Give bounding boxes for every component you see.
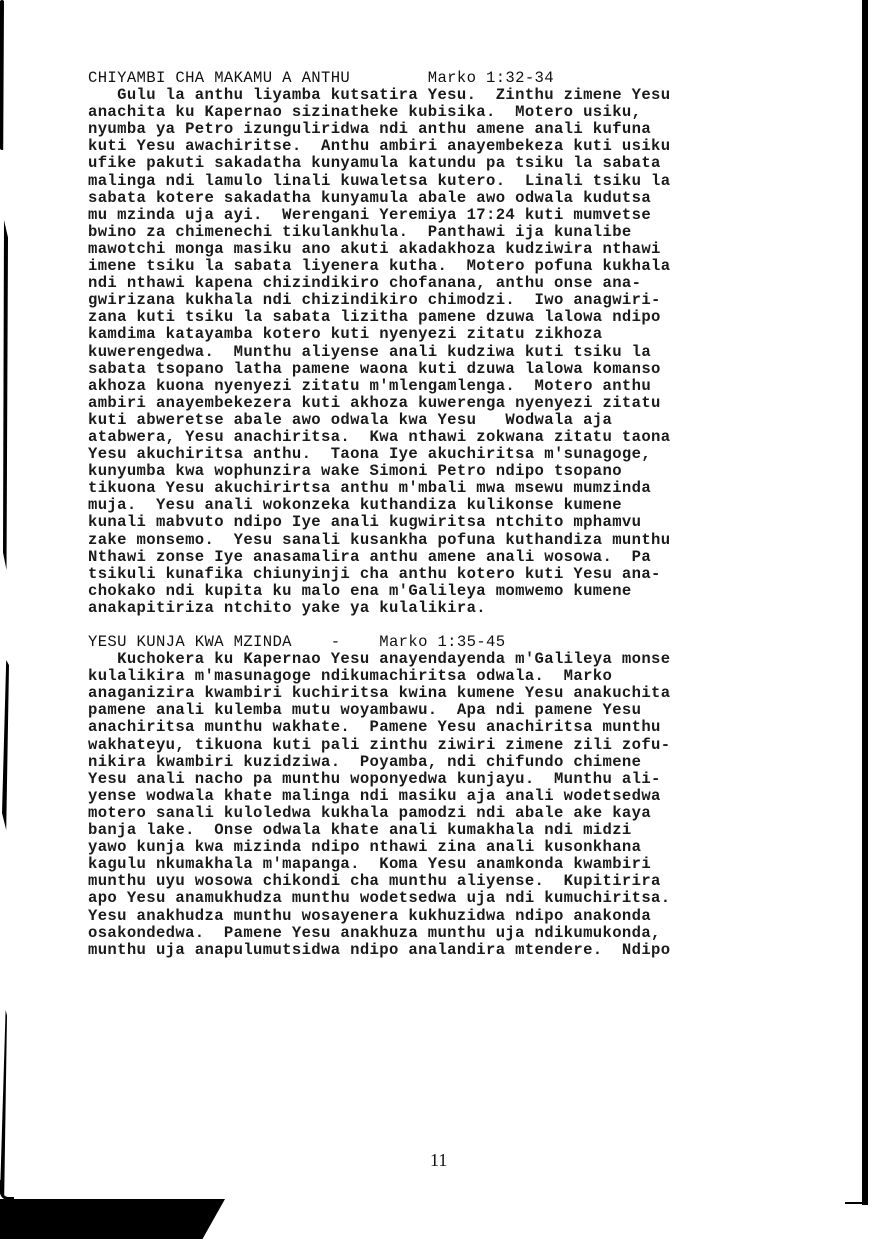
- text-line: yense wodwala khate malinga ndi masiku a…: [88, 788, 818, 805]
- text-line: sabata tsopano latha pamene waona kuti d…: [88, 361, 818, 378]
- text-line: Kuchokera ku Kapernao Yesu anayendayenda…: [88, 651, 818, 668]
- text-line: yawo kunja kwa mizinda ndipo nthawi zina…: [88, 839, 818, 856]
- scan-right-border-foot: [845, 1202, 867, 1204]
- text-line: motero sanali kuloledwa kukhala pamodzi …: [88, 805, 818, 822]
- section-chiyambi: CHIYAMBI CHA MAKAMU A ANTHU Marko 1:32-3…: [88, 70, 818, 617]
- scan-bottom-shadow: [0, 1199, 225, 1239]
- text-line: ufike pakuti sakadatha kunyamula katundu…: [88, 155, 818, 172]
- text-line: munthu uyu wosowa chikondi cha munthu al…: [88, 873, 818, 890]
- section-heading: YESU KUNJA KWA MZINDA - Marko 1:35-45: [88, 634, 818, 651]
- text-line: Yesu anali nacho pa munthu woponyedwa ku…: [88, 771, 818, 788]
- text-line: kunali mabvuto ndipo Iye anali kugwirits…: [88, 514, 818, 531]
- scan-edge-mark: [0, 0, 4, 150]
- text-line: anachiritsa munthu wakhate. Pamene Yesu …: [88, 719, 818, 736]
- text-line: malinga ndi lamulo linali kuwaletsa kute…: [88, 173, 818, 190]
- text-line: nyumba ya Petro izunguliridwa ndi anthu …: [88, 121, 818, 138]
- text-line: anakapitiriza ntchito yake ya kulalikira…: [88, 600, 818, 617]
- text-line: zana kuti tsiku la sabata lizitha pamene…: [88, 309, 818, 326]
- text-line: tsikuli kunafika chiunyinji cha anthu ko…: [88, 566, 818, 583]
- text-line: kuti Yesu awachiritse. Anthu ambiri anay…: [88, 138, 818, 155]
- text-line: Nthawi zonse Iye anasamalira anthu amene…: [88, 549, 818, 566]
- scan-right-border: [862, 0, 868, 1205]
- text-line: muja. Yesu anali wokonzeka kuthandiza ku…: [88, 497, 818, 514]
- section-paragraph: Kuchokera ku Kapernao Yesu anayendayenda…: [88, 651, 818, 959]
- text-line: ndi nthawi kapena chizindikiro chofanana…: [88, 275, 818, 292]
- section-gap: [88, 617, 818, 634]
- text-line: pamene anali kulemba mutu woyambawu. Apa…: [88, 702, 818, 719]
- text-line: bwino za chimenechi tikulankhula. Pantha…: [88, 224, 818, 241]
- page-corner: [0, 1180, 14, 1200]
- text-line: imene tsiku la sabata liyenera kutha. Mo…: [88, 258, 818, 275]
- text-line: anachita ku Kapernao sizinatheke kubisik…: [88, 104, 818, 121]
- text-line: zake monsemo. Yesu sanali kusankha pofun…: [88, 532, 818, 549]
- text-line: kunyumba kwa wophunzira wake Simoni Petr…: [88, 463, 818, 480]
- text-line: kagulu nkumakhala m'mapanga. Koma Yesu a…: [88, 856, 818, 873]
- text-line: Gulu la anthu liyamba kutsatira Yesu. Zi…: [88, 87, 818, 104]
- text-line: wakhateyu, tikuona kuti pali zinthu ziwi…: [88, 737, 818, 754]
- text-line: Yesu akuchiritsa anthu. Taona Iye akuchi…: [88, 446, 818, 463]
- page-number: 11: [430, 1150, 447, 1171]
- text-line: munthu uja anapulumutsidwa ndipo analand…: [88, 942, 818, 959]
- text-line: gwirizana kukhala ndi chizindikiro chimo…: [88, 292, 818, 309]
- text-line: kuwerengedwa. Munthu aliyense anali kudz…: [88, 344, 818, 361]
- text-line: kamdima katayamba kotero kuti nyenyezi z…: [88, 326, 818, 343]
- text-line: kuti abweretse abale awo odwala kwa Yesu…: [88, 412, 818, 429]
- section-heading: CHIYAMBI CHA MAKAMU A ANTHU Marko 1:32-3…: [88, 70, 818, 87]
- text-line: mu mzinda uja ayi. Werengani Yeremiya 17…: [88, 207, 818, 224]
- scanned-page: CHIYAMBI CHA MAKAMU A ANTHU Marko 1:32-3…: [0, 0, 872, 1239]
- text-line: atabwera, Yesu anachiritsa. Kwa nthawi z…: [88, 429, 818, 446]
- text-line: apo Yesu anamukhudza munthu wodetsedwa u…: [88, 890, 818, 907]
- text-line: osakondedwa. Pamene Yesu anakhuza munthu…: [88, 925, 818, 942]
- scan-edge-mark: [0, 1010, 7, 1195]
- text-line: Yesu anakhudza munthu wosayenera kukhuzi…: [88, 908, 818, 925]
- text-line: sabata kotere sakadatha kunyamula abale …: [88, 190, 818, 207]
- text-line: kulalikira m'masunagoge ndikumachiritsa …: [88, 668, 818, 685]
- text-line: akhoza kuona nyenyezi zitatu m'mlengamle…: [88, 378, 818, 395]
- text-line: ambiri anayembekezera kuti akhoza kuwere…: [88, 395, 818, 412]
- scan-edge-mark: [2, 660, 9, 830]
- scan-edge-mark: [3, 220, 8, 570]
- text-line: chokako ndi kupita ku malo ena m'Galiley…: [88, 583, 818, 600]
- text-line: nikira kwambiri kuzidziwa. Poyamba, ndi …: [88, 754, 818, 771]
- section-paragraph: Gulu la anthu liyamba kutsatira Yesu. Zi…: [88, 87, 818, 617]
- text-line: anaganizira kwambiri kuchiritsa kwina ku…: [88, 685, 818, 702]
- document-body: CHIYAMBI CHA MAKAMU A ANTHU Marko 1:32-3…: [88, 70, 818, 959]
- text-line: mawotchi monga masiku ano akuti akadakho…: [88, 241, 818, 258]
- text-line: tikuona Yesu akuchirirtsa anthu m'mbali …: [88, 480, 818, 497]
- text-line: banja lake. Onse odwala khate anali kuma…: [88, 822, 818, 839]
- section-yesu-kunja: YESU KUNJA KWA MZINDA - Marko 1:35-45 Ku…: [88, 634, 818, 959]
